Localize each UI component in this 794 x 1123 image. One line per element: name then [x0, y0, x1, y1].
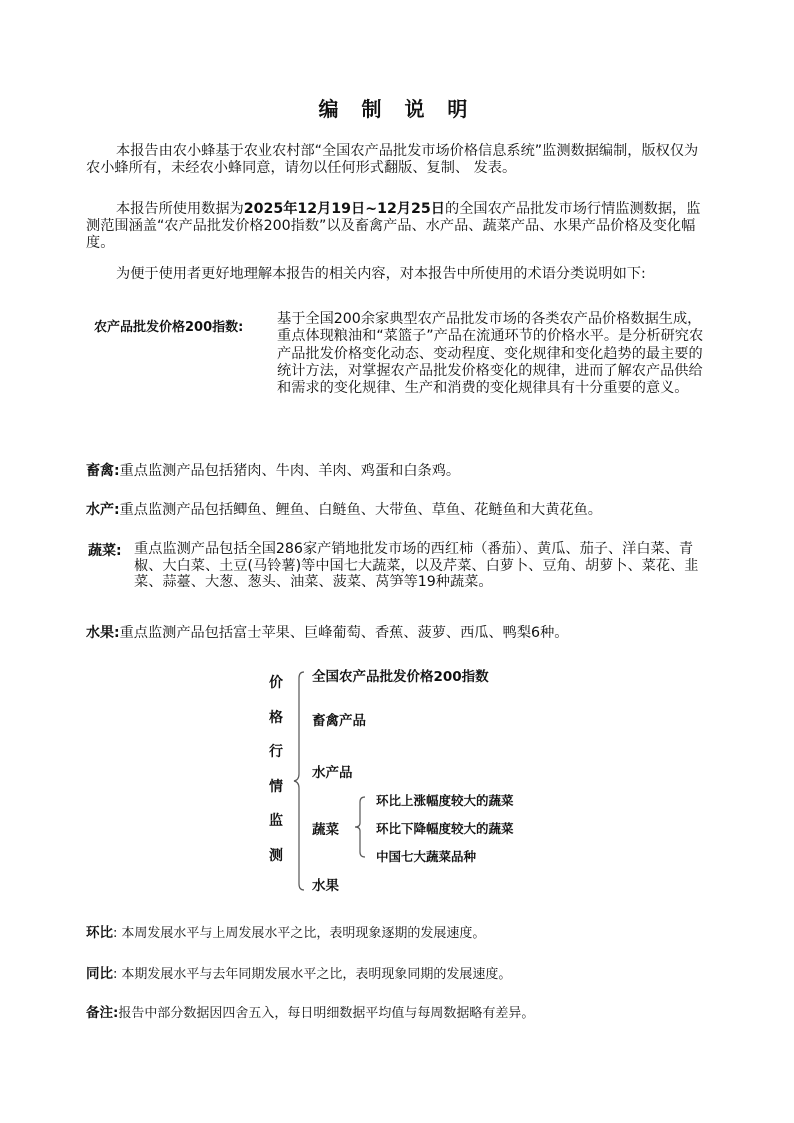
- diagram-item-aquatic: 水产品: [312, 761, 353, 781]
- category-body: 重点监测产品包括猪肉、牛肉、羊肉、鸡蛋和白条鸡。: [120, 463, 461, 479]
- definition-body: 报告中部分数据因四舍五入，每日明细数据平均值与每周数据略有差异。: [118, 1006, 534, 1021]
- definition-body: 本期发展水平与去年同期发展水平之比，表明现象同期的发展速度。: [121, 967, 511, 982]
- category-fruit: 水果:重点监测产品包括富士苹果、巨峰葡萄、香蕉、菠萝、西瓜、鸭梨6种。: [86, 622, 716, 642]
- index-term-body: 基于全国200余家典型农产品批发市场的各类农产品价格数据生成，重点体现粮油和“菜…: [277, 311, 710, 397]
- definition-yoy: 同比:本期发展水平与去年同期发展水平之比，表明现象同期的发展速度。: [86, 962, 716, 982]
- diagram-root-char: 监: [267, 804, 285, 839]
- diagram-item-livestock: 畜禽产品: [312, 709, 366, 729]
- intro-paragraph-terms: 为便于使用者更好地理解本报告的相关内容，对本报告中所使用的术语分类说明如下:: [86, 264, 711, 285]
- category-label: 畜禽:: [86, 463, 120, 479]
- category-aquatic: 水产:重点监测产品包括鲫鱼、鲤鱼、白鲢鱼、大带鱼、草鱼、花鲢鱼和大黄花鱼。: [86, 499, 716, 519]
- definition-separator: :: [113, 926, 117, 941]
- category-body: 重点监测产品包括富士苹果、巨峰葡萄、香蕉、菠萝、西瓜、鸭梨6种。: [120, 625, 569, 641]
- diagram-item-vegetables: 蔬菜: [312, 818, 339, 838]
- page-title: 编 制 说 明: [0, 93, 794, 122]
- diagram-root-char: 情: [267, 770, 285, 805]
- category-label-vegetables: 蔬菜:: [88, 540, 122, 560]
- main-brace-icon: [294, 672, 308, 890]
- diagram-root-char: 测: [267, 839, 285, 874]
- diagram-sub-seven-major: 中国七大蔬菜品种: [376, 847, 476, 865]
- diagram-root-char: 行: [267, 735, 285, 770]
- category-label: 水果:: [86, 625, 120, 641]
- diagram-root-char: 价: [267, 666, 285, 701]
- definition-note: 备注:报告中部分数据因四舍五入，每日明细数据平均值与每周数据略有差异。: [86, 1001, 716, 1021]
- index-term-label: 农产品批发价格200指数:: [94, 316, 243, 335]
- intro-paragraph-copyright: 本报告由农小蜂基于农业农村部“全国农产品批发市场价格信息系统”监测数据编制，版权…: [86, 143, 711, 177]
- intro-text-before: 本报告所使用数据为: [116, 201, 244, 217]
- intro-paragraph-data-range: 本报告所使用数据为2025年12月19日~12月25日的全国农产品批发市场行情监…: [86, 201, 711, 252]
- definition-mom: 环比:本周发展水平与上周发展水平之比，表明现象逐期的发展速度。: [86, 921, 716, 941]
- category-livestock: 畜禽:重点监测产品包括猪肉、牛肉、羊肉、鸡蛋和白条鸡。: [86, 460, 716, 480]
- definition-label: 环比: [86, 925, 113, 941]
- diagram-item-index: 全国农产品批发价格200指数: [312, 665, 489, 685]
- price-monitoring-diagram: 价 格 行 情 监 测 全国农产品批发价格200指数 畜禽产品 水产品 蔬菜 水…: [258, 658, 548, 898]
- category-body-vegetables: 重点监测产品包括全国286家产销地批发市场的西红柿（番茄）、黄瓜、茄子、洋白菜、…: [134, 541, 710, 591]
- intro-text: 本报告由农小蜂基于农业农村部“全国农产品批发市场价格信息系统”监测数据编制，版权…: [86, 143, 698, 176]
- category-label: 水产:: [86, 502, 120, 518]
- diagram-root-char: 格: [267, 701, 285, 736]
- intro-text: 为便于使用者更好地理解本报告的相关内容，对本报告中所使用的术语分类说明如下:: [116, 266, 646, 282]
- definition-body: 本周发展水平与上周发展水平之比，表明现象逐期的发展速度。: [121, 926, 485, 941]
- diagram-sub-falling: 环比下降幅度较大的蔬菜: [376, 819, 514, 837]
- definition-separator: :: [113, 967, 117, 982]
- vegetable-brace-icon: [355, 797, 369, 857]
- diagram-sub-rising: 环比上涨幅度较大的蔬菜: [376, 791, 514, 809]
- date-range: 2025年12月19日~12月25日: [244, 201, 445, 217]
- diagram-item-fruit: 水果: [312, 874, 339, 894]
- diagram-root-label: 价 格 行 情 监 测: [267, 666, 285, 873]
- definition-label: 备注:: [86, 1005, 118, 1021]
- definition-label: 同比: [86, 966, 113, 982]
- category-body: 重点监测产品包括鲫鱼、鲤鱼、白鲢鱼、大带鱼、草鱼、花鲢鱼和大黄花鱼。: [120, 502, 602, 518]
